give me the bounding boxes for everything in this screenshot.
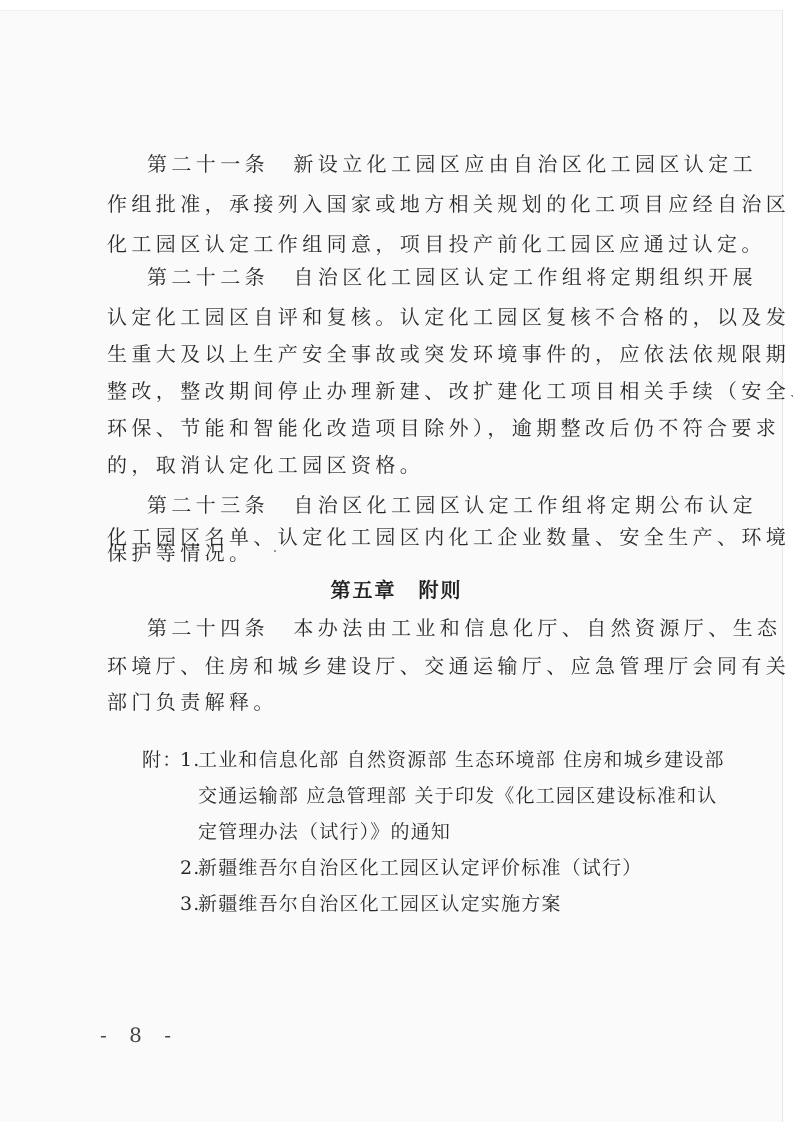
article-22-line-2: 认定化工园区自评和复核。认定化工园区复核不合格的，以及发 bbox=[107, 305, 790, 329]
document-page bbox=[0, 10, 783, 1122]
attachment-1-line-3: 定管理办法（试行）》的通知 bbox=[198, 820, 451, 844]
attachment-1-line-2: 交通运输部 应急管理部 关于印发《化工园区建设标准和认 bbox=[198, 784, 717, 808]
article-21-line-2: 作组批准，承接列入国家或地方相关规划的化工项目应经自治区 bbox=[107, 192, 790, 216]
article-24-line-2: 环境厅、住房和城乡建设厅、交通运输厅、应急管理厅会同有关 bbox=[107, 654, 790, 678]
article-22-line-5: 环保、节能和智能化改造项目除外），逾期整改后仍不符合要求 bbox=[107, 416, 780, 440]
attachment-3-title: 新疆维吾尔自治区化工园区认定实施方案 bbox=[198, 892, 562, 916]
page-number: - 8 - bbox=[100, 1023, 179, 1047]
article-24-line-3: 部门负责解释。 bbox=[107, 690, 278, 714]
attachment-2-title: 新疆维吾尔自治区化工园区认定评价标准（试行） bbox=[198, 856, 642, 880]
article-21-line-1: 第二十一条 新设立化工园区应由自治区化工园区认定工 bbox=[147, 152, 757, 176]
scan-speck bbox=[274, 550, 276, 552]
chapter-title: 第五章 附则 bbox=[0, 578, 793, 602]
article-23-line-1: 第二十三条 自治区化工园区认定工作组将定期公布认定 bbox=[147, 493, 757, 517]
attachments-label: 附： bbox=[142, 748, 182, 772]
article-22-line-6: 的，取消认定化工园区资格。 bbox=[107, 453, 424, 477]
attachment-1-line-1: 工业和信息化部 自然资源部 生态环境部 住房和城乡建设部 bbox=[198, 748, 725, 772]
article-24-line-1: 第二十四条 本办法由工业和信息化厅、自然资源厅、生态 bbox=[147, 616, 781, 640]
article-21-line-3: 化工园区认定工作组同意，项目投产前化工园区应通过认定。 bbox=[107, 232, 766, 256]
article-23-line-3: 保护等情况。 bbox=[107, 541, 253, 565]
article-22-line-3: 生重大及以上生产安全事故或突发环境事件的，应依法依规限期 bbox=[107, 342, 790, 366]
article-22-line-4: 整改，整改期间停止办理新建、改扩建化工项目相关手续（安全、 bbox=[107, 379, 793, 403]
article-22-line-1: 第二十二条 自治区化工园区认定工作组将定期组织开展 bbox=[147, 265, 757, 289]
